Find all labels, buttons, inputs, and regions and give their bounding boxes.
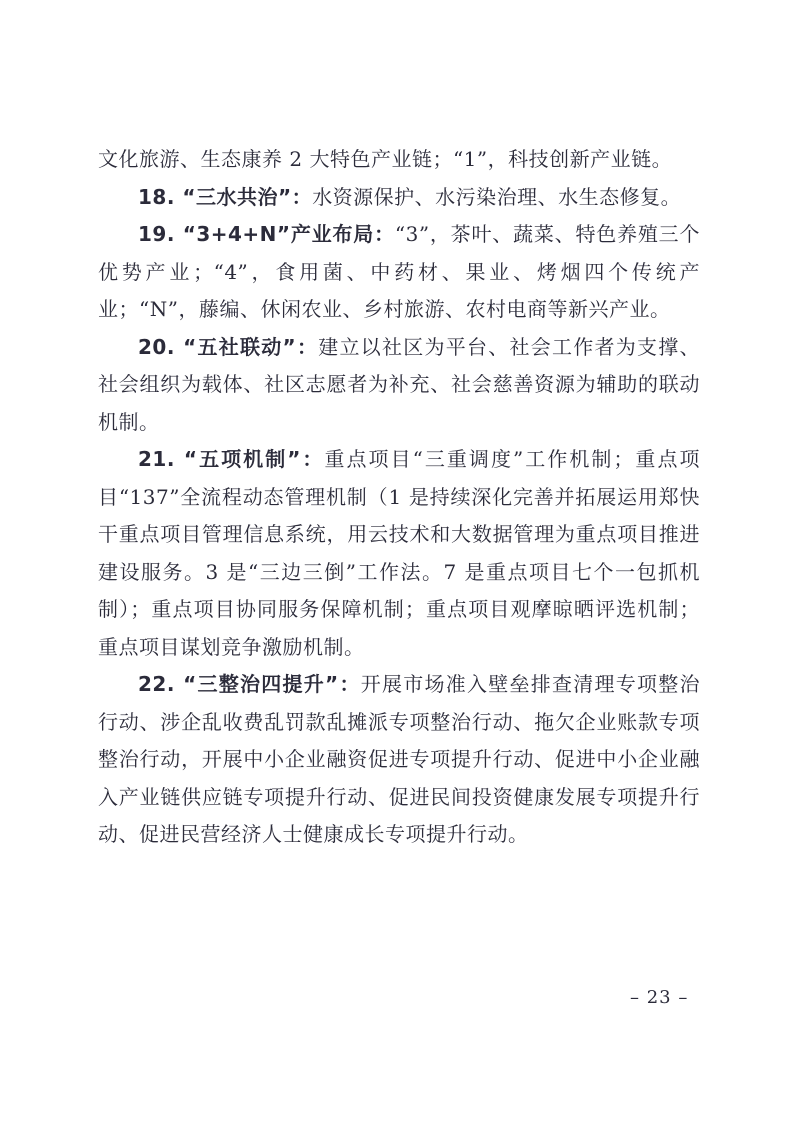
glossary-item-18: 18. “三水共治”：水资源保护、水污染治理、水生态修复。 xyxy=(98,179,700,217)
item-21-body: 重点项目“三重调度”工作机制；重点项目“137”全流程动态管理机制（1 是持续深… xyxy=(98,447,700,659)
item-18-term: 18. “三水共治”： xyxy=(138,185,312,209)
item-18-body: 水资源保护、水污染治理、水生态修复。 xyxy=(312,185,681,209)
continuation-paragraph: 文化旅游、生态康养 2 大特色产业链；“1”，科技创新产业链。 xyxy=(98,141,700,179)
item-21-term: 21. “五项机制”： xyxy=(138,447,324,471)
glossary-item-22: 22. “三整治四提升”：开展市场准入壁垒排查清理专项整治行动、涉企乱收费乱罚款… xyxy=(98,666,700,854)
item-19-term: 19. “3+4+N”产业布局： xyxy=(138,222,395,246)
glossary-item-20: 20. “五社联动”：建立以社区为平台、社会工作者为支撑、社会组织为载体、社区志… xyxy=(98,329,700,442)
item-22-term: 22. “三整治四提升”： xyxy=(138,672,361,696)
glossary-item-21: 21. “五项机制”：重点项目“三重调度”工作机制；重点项目“137”全流程动态… xyxy=(98,441,700,666)
document-page: 文化旅游、生态康养 2 大特色产业链；“1”，科技创新产业链。 18. “三水共… xyxy=(0,0,792,1121)
document-body: 文化旅游、生态康养 2 大特色产业链；“1”，科技创新产业链。 18. “三水共… xyxy=(98,141,700,854)
glossary-item-19: 19. “3+4+N”产业布局：“3”，茶叶、蔬菜、特色养殖三个优势产业；“4”… xyxy=(98,216,700,329)
item-20-term: 20. “五社联动”： xyxy=(138,335,318,359)
item-22-body: 开展市场准入壁垒排查清理专项整治行动、涉企乱收费乱罚款乱摊派专项整治行动、拖欠企… xyxy=(98,672,700,846)
page-number: – 23 – xyxy=(630,986,700,1010)
